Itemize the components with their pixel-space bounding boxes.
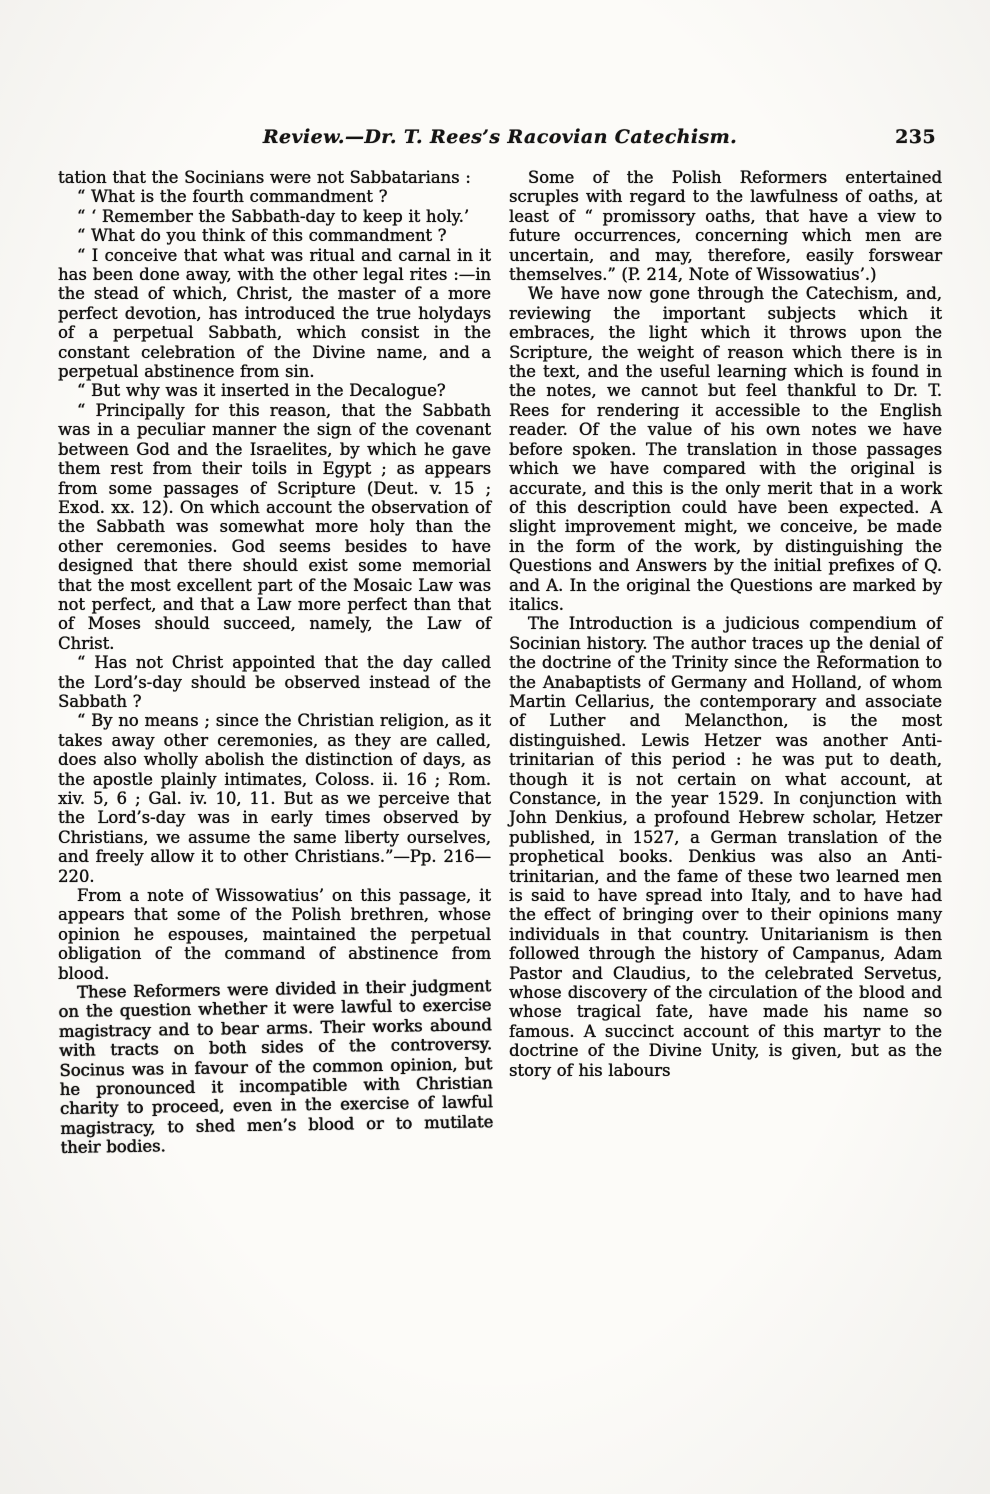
- text-columns: tation that the Socinians were not Sabba…: [58, 168, 942, 1158]
- paragraph: From a note of Wissowatius’ on this pass…: [58, 886, 491, 983]
- paragraph: “ I conceive that what was ritual and ca…: [58, 246, 491, 382]
- paragraph: “ Principally for this reason, that the …: [58, 401, 491, 653]
- right-column: Some of the Polish Reformers entertained…: [509, 168, 942, 1158]
- paragraph: “ But why was it inserted in the Decalog…: [58, 381, 491, 400]
- paragraph: The Introduction is a judicious compendi…: [509, 614, 942, 1080]
- paragraph: Some of the Polish Reformers entertained…: [509, 168, 942, 284]
- paragraph: “ By no means ; since the Christian reli…: [58, 711, 491, 886]
- paragraph: “ ‘ Remember the Sabbath-day to keep it …: [58, 207, 491, 226]
- paragraph: We have now gone through the Catechism, …: [509, 284, 942, 614]
- paragraph: “ What is the fourth commandment ?: [58, 187, 491, 206]
- document-page: Review.—Dr. T. Rees’s Racovian Catechism…: [0, 0, 990, 1494]
- page-number: 235: [895, 126, 936, 148]
- running-header: Review.—Dr. T. Rees’s Racovian Catechism…: [58, 126, 942, 148]
- paragraph: tation that the Socinians were not Sabba…: [58, 168, 491, 187]
- paragraph: These Reformers were divided in their ju…: [58, 976, 494, 1157]
- paragraph: “ Has not Christ appointed that the day …: [58, 653, 491, 711]
- paragraph: “ What do you think of this commandment …: [58, 226, 491, 245]
- left-column: tation that the Socinians were not Sabba…: [58, 168, 491, 1158]
- running-header-title: Review.—Dr. T. Rees’s Racovian Catechism…: [263, 126, 737, 148]
